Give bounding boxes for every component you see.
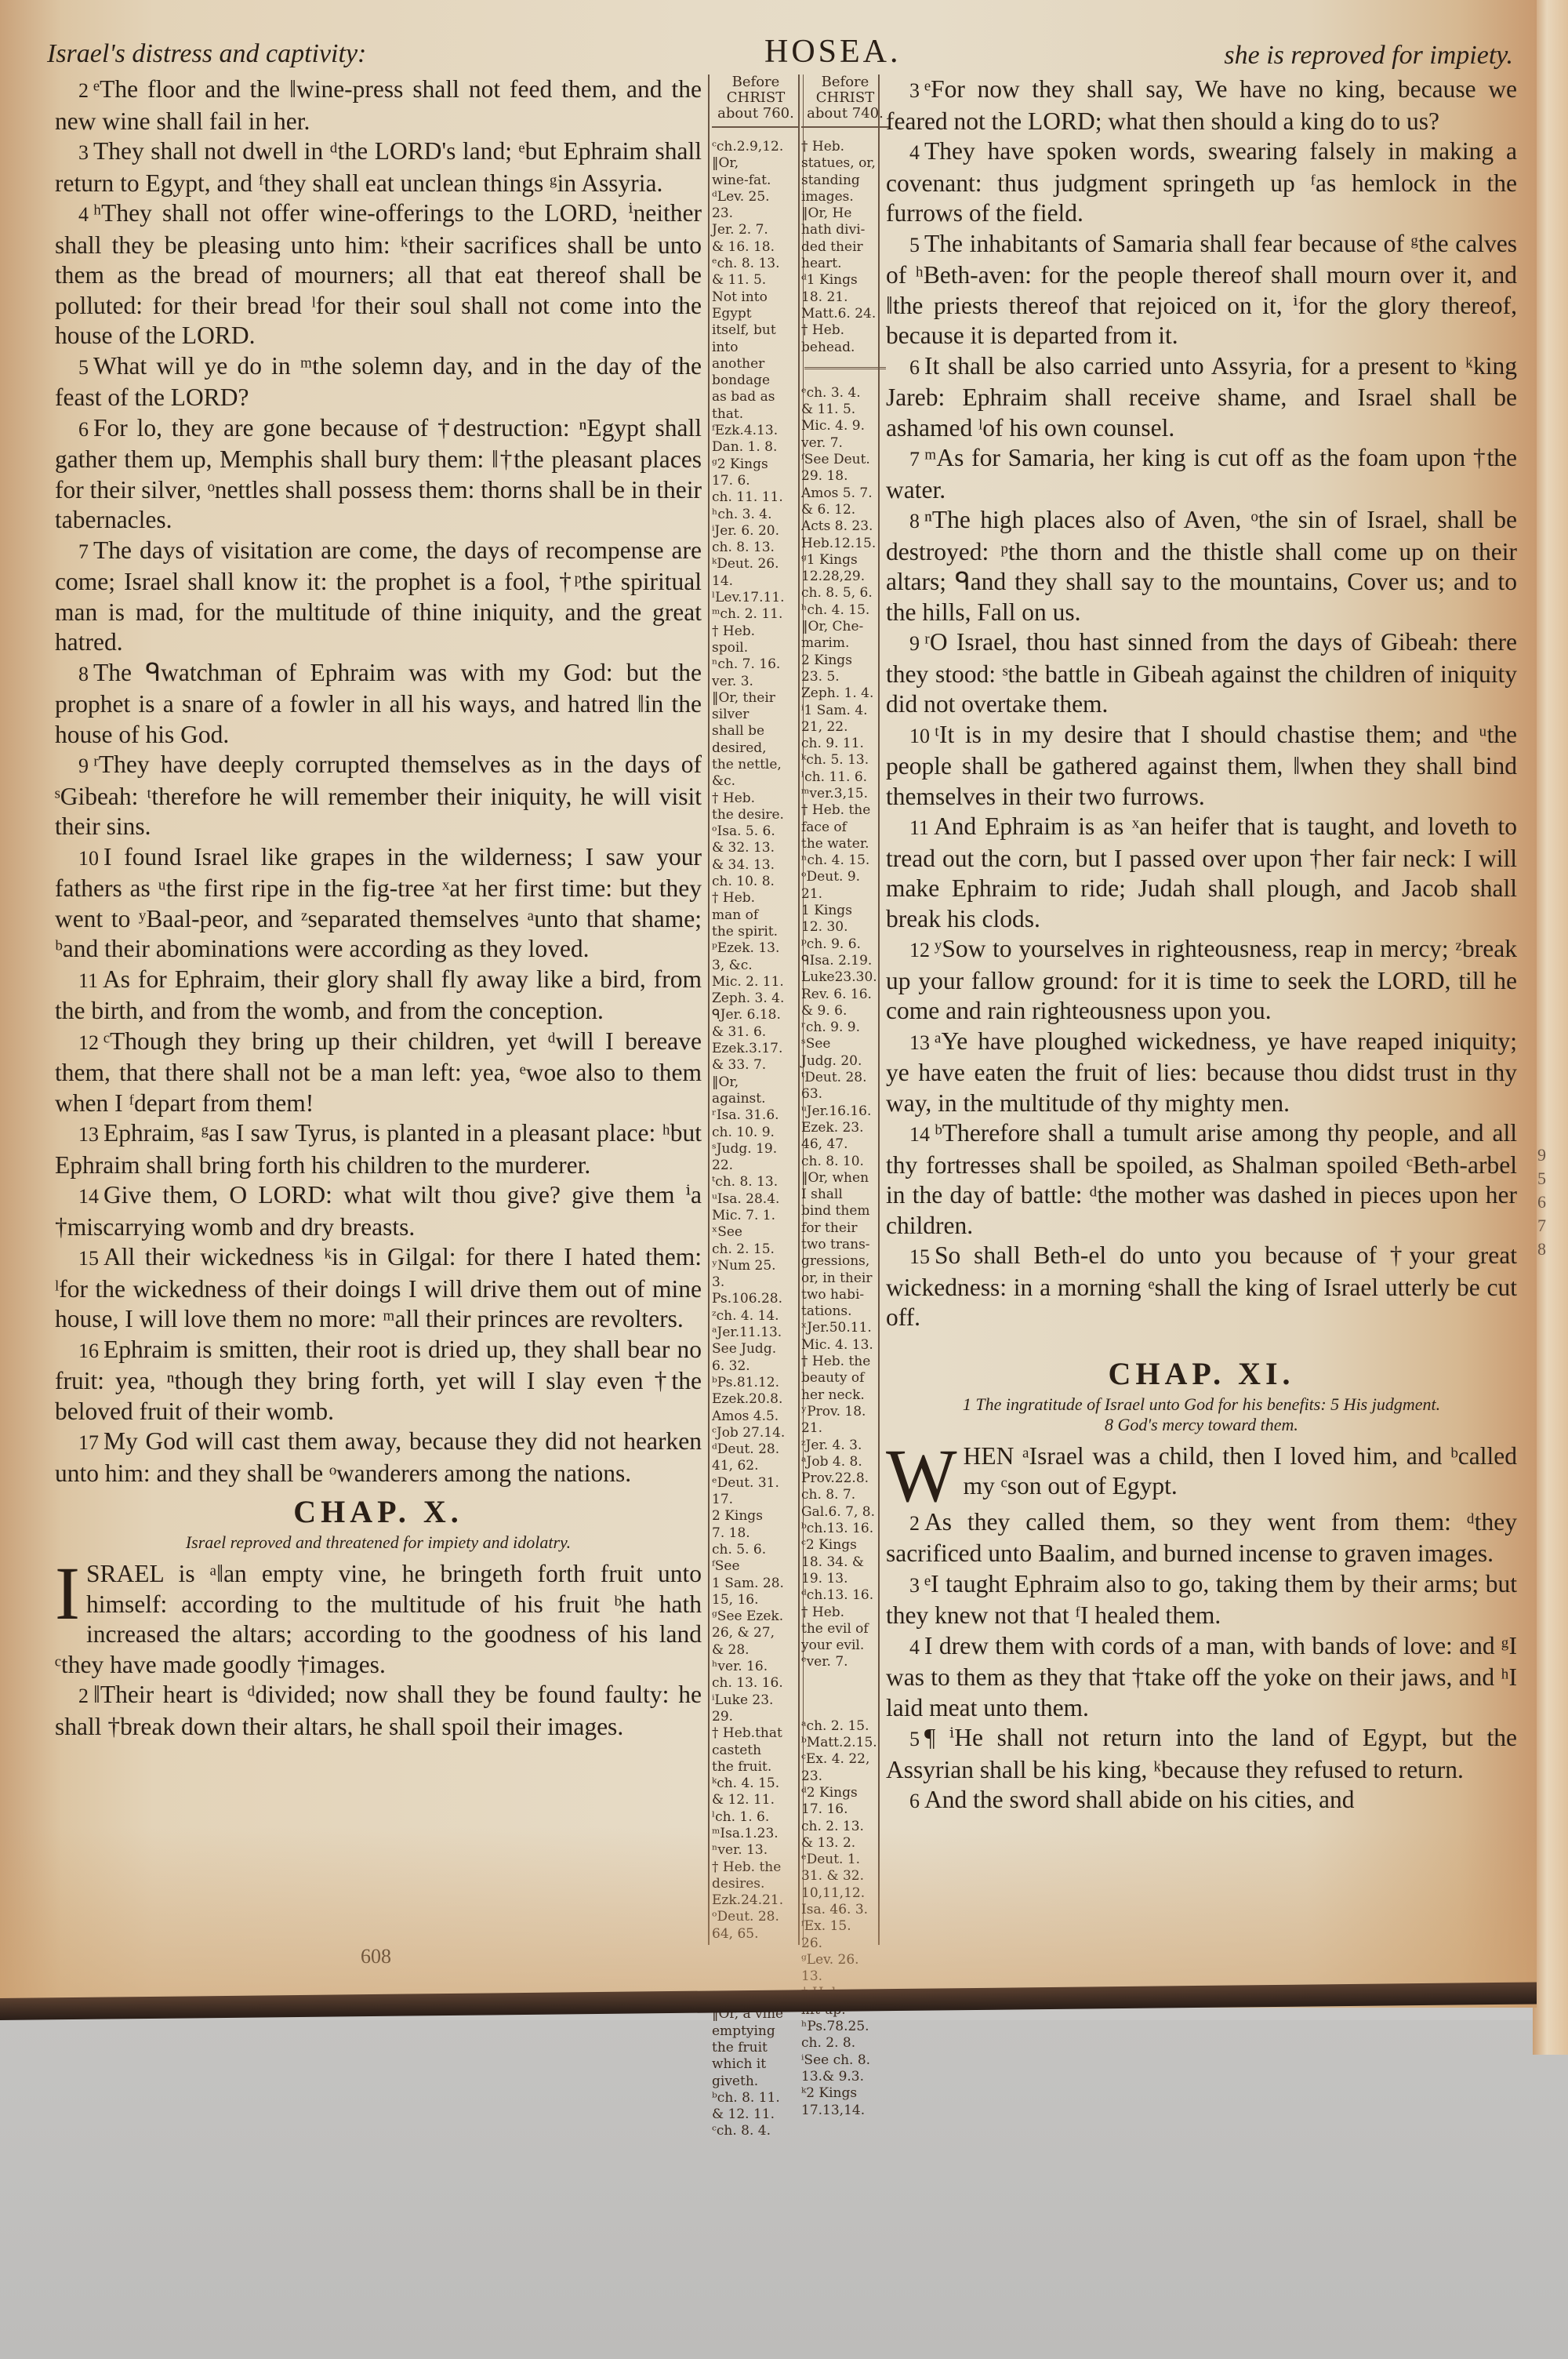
verse: 13Ephraim, ᵍas I saw Tyrus, is planted i… [55,1118,702,1180]
verse-number: 12 [78,1031,99,1054]
verse-text: What will ye do in ᵐthe solemn day, and … [55,352,702,412]
verse-number: 6 [909,356,920,379]
verse: 8ⁿThe high places also of Aven, ᵒthe sin… [886,505,1517,627]
verse-text: ʳO Israel, thou hast sinned from the day… [886,628,1517,718]
verse: 13ᵃYe have ploughed wickedness, ye have … [886,1027,1517,1119]
verse: 3ᵉFor now they shall say, We have no kin… [886,75,1517,136]
chapter-first-verse: ISRAEL is ᵃ‖an empty vine, he bringeth f… [55,1559,702,1680]
verse: 7ᵐAs for Samaria, her king is cut off as… [886,443,1517,505]
verse-number: 3 [78,141,89,164]
verse-number: 10 [78,847,99,870]
verse: 17My God will cast them away, because th… [55,1427,702,1488]
verse: 8The ᑫwatchman of Ephraim was with my Go… [55,658,702,751]
verse-text: ⁿThe high places also of Aven, ᵒthe sin … [886,506,1517,626]
verse: 11As for Ephraim, their glory shall fly … [55,965,702,1027]
chapter-heading: CHAP. XI. [886,1357,1517,1391]
verse: 12ᶜThough they bring up their children, … [55,1027,702,1119]
verse-number: 9 [909,632,920,655]
drop-cap: W [886,1445,957,1507]
page-number: 608 [361,1945,391,1968]
verse-text: ᶜThough they bring up their children, ye… [55,1027,702,1117]
next-page-fragment: 6 [1537,1192,1568,1212]
verse: 4I drew them with cords of a man, with b… [886,1631,1517,1724]
spacer [801,1671,889,1718]
verse-number: 3 [909,79,920,102]
verse-number: 5 [909,234,920,256]
verse-number: 13 [909,1031,930,1054]
verse-number: 8 [909,510,920,533]
verse-number: 9 [78,754,89,777]
verse-text: So shall Beth-el do unto you because of … [886,1241,1517,1331]
verse-number: 5 [78,356,89,379]
verse-number: 5 [909,1728,920,1750]
verse: 4They have spoken words, swearing falsel… [886,136,1517,229]
book-title: HOSEA. [764,33,902,71]
verse-text: ʰThey shall not offer wine-offerings to … [55,199,702,349]
verse-number: 11 [909,816,929,839]
next-page-fragment: 5 [1537,1169,1568,1189]
margin-references-a: Before CHRIST about 760. ᶜch.2.9,12. ‖Or… [712,75,800,2140]
verse-number: 6 [78,418,89,441]
verse-text: It shall be also carried unto Assyria, f… [886,352,1517,442]
verse: 3ᵉI taught Ephraim also to go, taking th… [886,1569,1517,1631]
verse-text: I found Israel like grapes in the wilder… [55,843,702,963]
verse-text: ᵉFor now they shall say, We have no king… [886,75,1517,135]
verse: 6It shall be also carried unto Assyria, … [886,351,1517,444]
verse-number: 16 [78,1339,99,1362]
verse: 2‖Their heart is ᵈdivided; now shall the… [55,1680,702,1742]
verse-number: 10 [909,725,930,747]
verse-number: 2 [909,1512,920,1535]
verse: 16Ephraim is smitten, their root is drie… [55,1335,702,1427]
verse-text: They shall not dwell in ᵈthe LORD's land… [55,137,702,197]
verse-number: 15 [78,1247,99,1270]
verse-text: SRAEL is ᵃ‖an empty vine, he bringeth fo… [55,1560,702,1678]
verse: 6And the sword shall abide on his cities… [886,1785,1517,1817]
verse-text: ʳThey have deeply corrupted themselves a… [55,751,702,840]
verse-text: My God will cast them away, because they… [55,1427,702,1487]
verse: 2As they called them, so they went from … [886,1507,1517,1569]
verse-text: ‖Their heart is ᵈdivided; now shall they… [55,1681,702,1740]
verse: 11And Ephraim is as ˣan heifer that is t… [886,812,1517,934]
verse-text: The ᑫwatchman of Ephraim was with my God… [55,659,702,748]
verse: 5¶ ⁱHe shall not return into the land of… [886,1723,1517,1785]
header-right: she is reproved for impiety. [1224,41,1513,71]
verse: 5The inhabitants of Samaria shall fear b… [886,229,1517,351]
verse-number: 4 [78,203,89,226]
verse-text: I drew them with cords of a man, with ba… [886,1632,1517,1721]
verse-text: And Ephraim is as ˣan heifer that is tau… [886,812,1517,932]
section-rule [804,367,886,369]
verse-number: 12 [909,939,930,961]
verse: 6For lo, they are gone because of †destr… [55,413,702,536]
running-header: Israel's distress and captivity: HOSEA. … [47,31,1513,78]
drop-cap: I [55,1562,80,1625]
chapter-heading: CHAP. X. [55,1495,702,1529]
verse-number: 8 [78,663,89,685]
verse-number: 7 [78,540,89,563]
verse-number: 6 [909,1790,920,1812]
verse-text: All their wickedness ᵏis in Gilgal: for … [55,1243,702,1332]
verse-number: 11 [78,969,98,992]
verse-number: 13 [78,1123,99,1146]
verse: 2ᵉThe floor and the ‖wine-press shall no… [55,75,702,136]
verse-text: Ephraim is smitten, their root is dried … [55,1336,702,1425]
chapter-summary-line: 1 The ingratitude of Israel unto God for… [963,1394,1440,1414]
verse: 4ʰThey shall not offer wine-offerings to… [55,198,702,351]
verse-text: ¶ ⁱHe shall not return into the land of … [886,1724,1517,1783]
verse-number: 4 [909,1636,920,1659]
verse-text: For lo, they are gone because of †destru… [55,414,702,534]
reference-notes: ᶜch.2.9,12. ‖Or, wine-fat. ᵈLev. 25. 23.… [712,139,800,1943]
date-label: Before CHRIST about 760. [712,75,800,128]
verse-text: The days of visitation are come, the day… [55,536,702,656]
verse-number: 4 [909,141,920,164]
verse-text: ᵉI taught Ephraim also to go, taking the… [886,1570,1517,1630]
verse-number: 7 [909,448,920,471]
verse-number: 15 [909,1245,930,1268]
date-label: Before CHRIST about 740. [801,75,889,128]
next-page-fragment: 8 [1537,1239,1568,1259]
next-page-fragment: 9 [1537,1145,1568,1165]
verse-text: As for Ephraim, their glory shall fly aw… [55,965,702,1025]
reference-notes: ᵉch. 3. 4. & 11. 5. Mic. 4. 9. ver. 7. ᶠ… [801,385,889,1671]
verse-number: 3 [909,1574,920,1597]
verse: 15All their wickedness ᵏis in Gilgal: fo… [55,1242,702,1335]
verse-text: HEN ᵃIsrael was a child, then I loved hi… [964,1442,1517,1500]
verse: 14ᵇTherefore shall a tumult arise among … [886,1118,1517,1241]
chapter-summary: Israel reproved and threatened for impie… [55,1532,702,1553]
right-text-column: 3ᵉFor now they shall say, We have no kin… [886,75,1517,1817]
left-text-column: 2ᵉThe floor and the ‖wine-press shall no… [55,75,702,1742]
next-page-fragment: 7 [1537,1216,1568,1236]
verse-number: 2 [78,79,89,102]
chapter-first-verse: WHEN ᵃIsrael was a child, then I loved h… [886,1441,1517,1502]
verse-text: ᵇTherefore shall a tumult arise among th… [886,1119,1517,1239]
bible-page: Israel's distress and captivity: HOSEA. … [0,0,1537,2008]
chapter-summary: 1 The ingratitude of Israel unto God for… [886,1394,1517,1435]
verse-number: 14 [78,1185,99,1208]
chapter-summary-line: 8 God's mercy toward them. [1105,1415,1298,1434]
verse: 3They shall not dwell in ᵈthe LORD's lan… [55,136,702,198]
verse-text: Give them, O LORD: what wilt thou give? … [55,1181,702,1241]
verse-text: They have spoken words, swearing falsely… [886,137,1517,227]
verse: 7The days of visitation are come, the da… [55,536,702,658]
verse-text: ᵉThe floor and the ‖wine-press shall not… [55,75,702,135]
verse: 9ʳThey have deeply corrupted themselves … [55,750,702,842]
verse: 12ʸSow to yourselves in righteousness, r… [886,934,1517,1027]
reference-notes: † Heb. statues, or, standing images. ‖Or… [801,139,889,356]
verse-text: The inhabitants of Samaria shall fear be… [886,230,1517,350]
column-rule [708,75,710,1945]
spacer [712,1943,800,1990]
verse-number: 14 [909,1123,930,1146]
next-page-edge: 9 5 6 7 8 [1533,0,1568,2055]
reference-notes: ᵃch. 2. 15. ᵇMatt.2.15. ᶜEx. 4. 22, 23. … [801,1718,889,2119]
verse-text: And the sword shall abide on his cities,… [924,1786,1355,1813]
margin-references-b: Before CHRIST about 740. † Heb. statues,… [801,75,889,2119]
verse: 10ᵗIt is in my desire that I should chas… [886,720,1517,812]
verse-text: ʸSow to yourselves in righteousness, rea… [886,935,1517,1024]
verse-text: ᵐAs for Samaria, her king is cut off as … [886,444,1517,503]
verse-text: ᵃYe have ploughed wickedness, ye have re… [886,1027,1517,1117]
verse-number: 2 [78,1685,89,1707]
verse: 15So shall Beth-el do unto you because o… [886,1241,1517,1333]
verse: 5What will ye do in ᵐthe solemn day, and… [55,351,702,413]
verse-text: As they called them, so they went from t… [886,1508,1517,1568]
verse: 14Give them, O LORD: what wilt thou give… [55,1180,702,1242]
header-left: Israel's distress and captivity: [47,39,366,69]
verse: 9ʳO Israel, thou hast sinned from the da… [886,627,1517,720]
verse: 10I found Israel like grapes in the wild… [55,842,702,965]
verse-text: Ephraim, ᵍas I saw Tyrus, is planted in … [55,1119,702,1179]
verse-number: 17 [78,1431,99,1454]
verse-text: ᵗIt is in my desire that I should chasti… [886,721,1517,810]
